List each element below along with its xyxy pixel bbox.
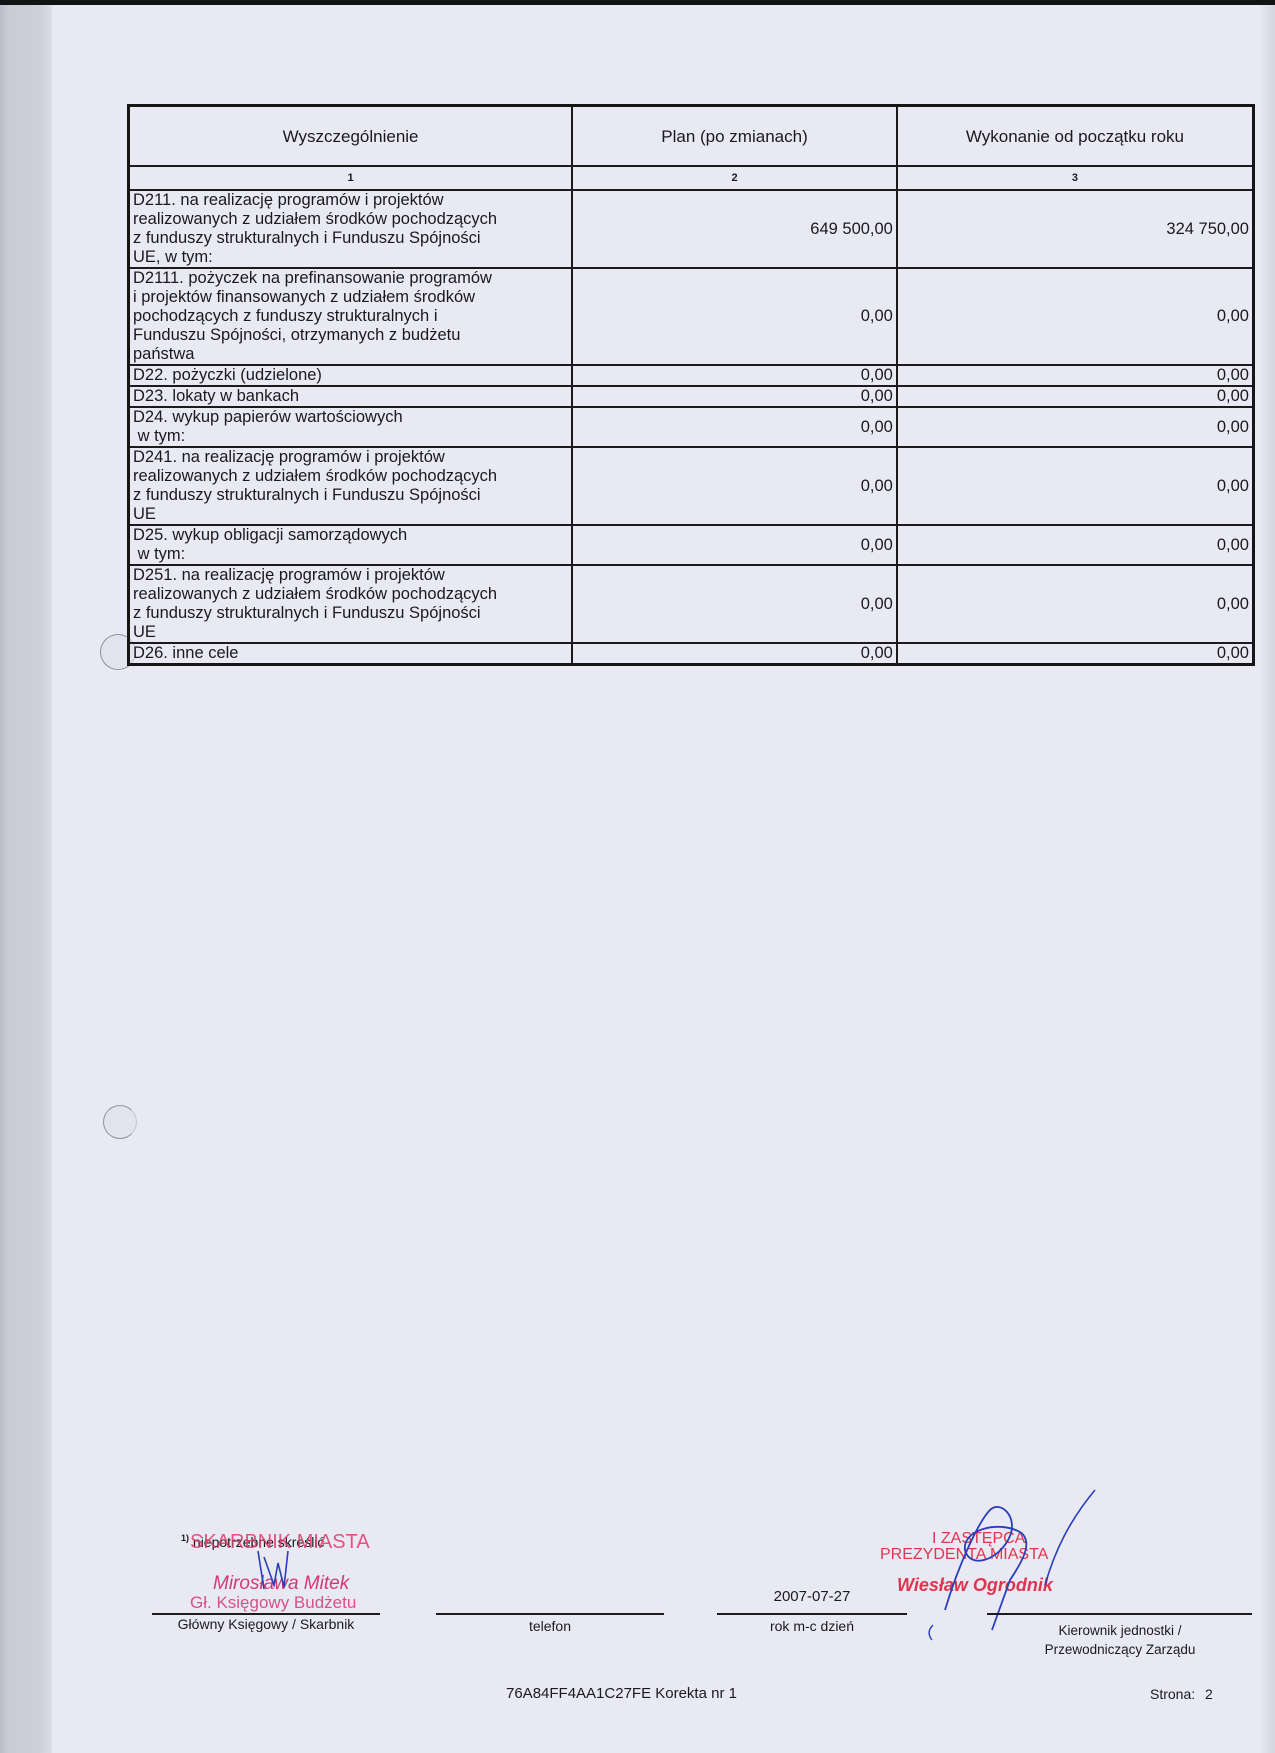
row-description: D251. na realizację programów i projektó… xyxy=(129,565,573,643)
head-label-line2: Przewodniczący Zarządu xyxy=(1000,1642,1240,1657)
signature-skarbnik xyxy=(250,1545,310,1595)
plan-value: 0,00 xyxy=(572,365,897,386)
description-line: Funduszu Spójności, otrzymanych z budżet… xyxy=(133,326,568,345)
table-row: D25. wykup obligacji samorządowych w tym… xyxy=(129,525,1254,565)
plan-value: 0,00 xyxy=(572,447,897,525)
description-line: D211. na realizację programów i projektó… xyxy=(133,191,568,210)
plan-value: 0,00 xyxy=(572,268,897,365)
description-line: i projektów finansowanych z udziałem śro… xyxy=(133,288,568,307)
page-indicator: Strona: 2 xyxy=(1150,1686,1213,1702)
date-label: rok m-c dzień xyxy=(717,1618,907,1634)
plan-value: 0,00 xyxy=(572,386,897,407)
page-number: 2 xyxy=(1205,1686,1213,1702)
signature-zastepca xyxy=(870,1490,1150,1640)
plan-value: 0,00 xyxy=(572,565,897,643)
plan-value: 0,00 xyxy=(572,525,897,565)
description-line: z funduszy strukturalnych i Funduszu Spó… xyxy=(133,229,568,248)
signature-line-phone xyxy=(436,1613,664,1615)
description-line: D25. wykup obligacji samorządowych xyxy=(133,526,568,545)
execution-value: 324 750,00 xyxy=(897,190,1254,268)
plan-value: 649 500,00 xyxy=(572,190,897,268)
execution-value: 0,00 xyxy=(897,643,1254,665)
table-row: D211. na realizację programów i projektó… xyxy=(129,190,1254,268)
table-row: D251. na realizację programów i projektó… xyxy=(129,565,1254,643)
date-value: 2007-07-27 xyxy=(717,1588,907,1605)
description-line: z funduszy strukturalnych i Funduszu Spó… xyxy=(133,486,568,505)
description-line: D2111. pożyczek na prefinansowanie progr… xyxy=(133,269,568,288)
footnote-marker: 1) xyxy=(181,1533,189,1543)
description-line: UE, w tym: xyxy=(133,248,568,267)
description-line: UE xyxy=(133,623,568,642)
column-number: 1 xyxy=(129,166,573,190)
signature-line-date xyxy=(717,1613,907,1615)
description-line: realizowanych z udziałem środków pochodz… xyxy=(133,467,568,486)
description-line: państwa xyxy=(133,345,568,364)
execution-value: 0,00 xyxy=(897,447,1254,525)
column-number: 3 xyxy=(897,166,1254,190)
description-line: w tym: xyxy=(133,427,568,446)
row-description: D22. pożyczki (udzielone) xyxy=(129,365,573,386)
header-execution: Wykonanie od początku roku xyxy=(897,106,1254,167)
description-line: D26. inne cele xyxy=(133,644,568,663)
table-row: D24. wykup papierów wartościowych w tym:… xyxy=(129,407,1254,447)
table-header-row: Wyszczególnienie Plan (po zmianach) Wyko… xyxy=(129,106,1254,167)
column-number: 2 xyxy=(572,166,897,190)
description-line: realizowanych z udziałem środków pochodz… xyxy=(133,210,568,229)
row-description: D23. lokaty w bankach xyxy=(129,386,573,407)
stamp-skarbnik-role: Gł. Księgowy Budżetu xyxy=(190,1593,356,1613)
header-plan: Plan (po zmianach) xyxy=(572,106,897,167)
plan-value: 0,00 xyxy=(572,407,897,447)
description-line: z funduszy strukturalnych i Funduszu Spó… xyxy=(133,604,568,623)
description-line: D24. wykup papierów wartościowych xyxy=(133,408,568,427)
execution-value: 0,00 xyxy=(897,268,1254,365)
table-row: D2111. pożyczek na prefinansowanie progr… xyxy=(129,268,1254,365)
description-line: D22. pożyczki (udzielone) xyxy=(133,366,568,385)
plan-value: 0,00 xyxy=(572,643,897,665)
row-description: D211. na realizację programów i projektó… xyxy=(129,190,573,268)
signature-line-accountant xyxy=(152,1613,380,1615)
description-line: D251. na realizację programów i projektó… xyxy=(133,566,568,585)
phone-label: telefon xyxy=(436,1618,664,1634)
table-row: D241. na realizację programów i projektó… xyxy=(129,447,1254,525)
execution-value: 0,00 xyxy=(897,386,1254,407)
execution-value: 0,00 xyxy=(897,565,1254,643)
scan-left-edge xyxy=(0,5,52,1753)
page-label: Strona: xyxy=(1150,1686,1195,1702)
table-row: D23. lokaty w bankach0,000,00 xyxy=(129,386,1254,407)
financial-table: Wyszczególnienie Plan (po zmianach) Wyko… xyxy=(127,104,1255,666)
head-label-line1: Kierownik jednostki / xyxy=(1000,1623,1240,1638)
row-description: D2111. pożyczek na prefinansowanie progr… xyxy=(129,268,573,365)
description-line: realizowanych z udziałem środków pochodz… xyxy=(133,585,568,604)
row-description: D25. wykup obligacji samorządowych w tym… xyxy=(129,525,573,565)
row-description: D241. na realizację programów i projektó… xyxy=(129,447,573,525)
signature-line-head xyxy=(987,1613,1252,1615)
table-row: D22. pożyczki (udzielone)0,000,00 xyxy=(129,365,1254,386)
description-line: D241. na realizację programów i projektó… xyxy=(133,448,568,467)
scan-right-edge xyxy=(1261,5,1275,1753)
table-row: D26. inne cele0,000,00 xyxy=(129,643,1254,665)
accountant-label: Główny Księgowy / Skarbnik xyxy=(152,1616,380,1632)
row-description: D26. inne cele xyxy=(129,643,573,665)
description-line: D23. lokaty w bankach xyxy=(133,387,568,406)
description-line: w tym: xyxy=(133,545,568,564)
description-line: pochodzących z funduszy strukturalnych i xyxy=(133,307,568,326)
execution-value: 0,00 xyxy=(897,525,1254,565)
document-id: 76A84FF4AA1C27FE Korekta nr 1 xyxy=(506,1685,737,1702)
punch-hole-bottom xyxy=(103,1105,137,1139)
description-line: UE xyxy=(133,505,568,524)
column-number-row: 1 2 3 xyxy=(129,166,1254,190)
header-description: Wyszczególnienie xyxy=(129,106,573,167)
execution-value: 0,00 xyxy=(897,407,1254,447)
row-description: D24. wykup papierów wartościowych w tym: xyxy=(129,407,573,447)
execution-value: 0,00 xyxy=(897,365,1254,386)
